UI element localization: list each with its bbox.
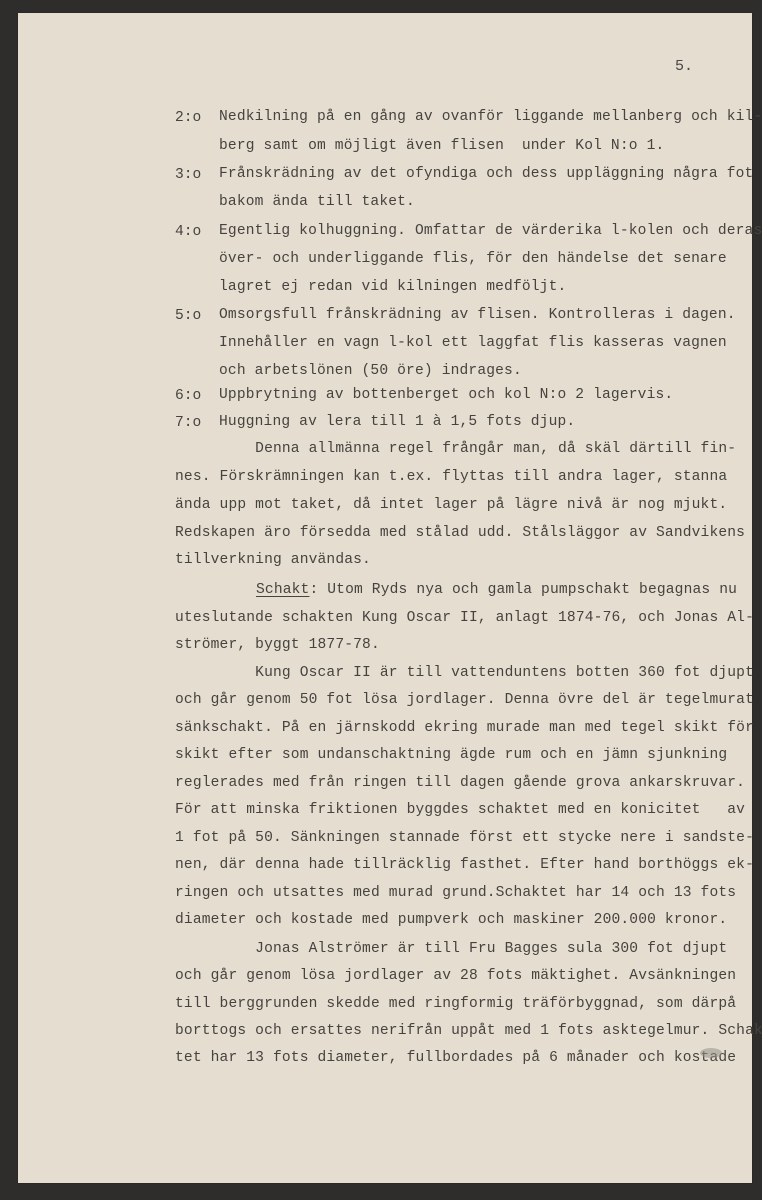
paragraph-line-rest: : Utom Ryds nya och gamla pumpschakt beg…: [309, 582, 737, 598]
list-item-line: över- och underliggande flis, för den hä…: [219, 252, 727, 267]
list-item-number: 2:o: [175, 110, 201, 126]
list-item-number: 5:o: [175, 308, 201, 324]
list-item-number: 6:o: [175, 388, 201, 404]
list-item-line: Omsorgsfull frånskrädning av flisen. Kon…: [219, 308, 736, 323]
paragraph-line: borttogs och ersattes nerifrån uppåt med…: [175, 1024, 762, 1039]
list-item-line: berg samt om möjligt även flisen under K…: [219, 139, 664, 154]
paragraph-line: till berggrunden skedde med ringformig t…: [175, 997, 736, 1012]
list-item-number: 3:o: [175, 167, 201, 183]
paragraph-line: nen, där denna hade tillräcklig fasthet.…: [175, 858, 754, 873]
list-item-line: Uppbrytning av bottenberget och kol N:o …: [219, 388, 673, 403]
paragraph-line: och går genom lösa jordlager av 28 fots …: [175, 969, 736, 984]
paragraph-line: Jonas Alströmer är till Fru Bagges sula …: [175, 942, 727, 957]
paragraph-line: ända upp mot taket, då intet lager på lä…: [175, 498, 727, 513]
list-item-line: och arbetslönen (50 öre) indrages.: [219, 364, 522, 379]
ink-smudge: [700, 1048, 722, 1058]
paragraph-line: ringen och utsattes med murad grund.Scha…: [175, 886, 736, 901]
list-item-number: 4:o: [175, 224, 201, 240]
paragraph-line: tillverkning användas.: [175, 553, 371, 568]
list-item-line: Huggning av lera till 1 à 1,5 fots djup.: [219, 415, 575, 430]
list-item-line: bakom ända till taket.: [219, 195, 415, 210]
paragraph-line: uteslutande schakten Kung Oscar II, anla…: [175, 611, 754, 626]
paragraph-line: skikt efter som undanschaktning ägde rum…: [175, 748, 727, 763]
paragraph-line: För att minska friktionen byggdes schakt…: [175, 803, 745, 818]
list-item-line: lagret ej redan vid kilningen medföljt.: [219, 280, 566, 295]
paragraph-line: tet har 13 fots diameter, fullbordades p…: [175, 1051, 736, 1066]
paragraph-line: nes. Förskrämningen kan t.ex. flyttas ti…: [175, 470, 727, 485]
list-item-line: Egentlig kolhuggning. Omfattar de värder…: [219, 224, 762, 239]
list-item-line: Frånskrädning av det ofyndiga och dess u…: [219, 167, 753, 182]
list-item-line: Innehåller en vagn l-kol ett laggfat fli…: [219, 336, 727, 351]
paragraph-line: Denna allmänna regel frångår man, då skä…: [175, 442, 736, 457]
paragraph-line: reglerades med från ringen till dagen gå…: [175, 776, 745, 791]
paragraph-line: Redskapen äro försedda med stålad udd. S…: [175, 526, 745, 541]
paragraph-line: strömer, byggt 1877-78.: [175, 638, 380, 653]
list-item-line: Nedkilning på en gång av ovanför liggand…: [219, 110, 762, 125]
paragraph-line: sänkschakt. På en järnskodd ekring murad…: [175, 721, 754, 736]
paragraph-line: Kung Oscar II är till vattenduntens bott…: [175, 666, 754, 681]
list-item-number: 7:o: [175, 415, 201, 431]
paragraph-first-line: Schakt: Utom Ryds nya och gamla pumpscha…: [256, 583, 737, 598]
paragraph-line: diameter och kostade med pumpverk och ma…: [175, 913, 727, 928]
paragraph-line: och går genom 50 fot lösa jordlager. Den…: [175, 693, 754, 708]
section-heading-schakt: Schakt: [256, 582, 309, 598]
page-number: 5.: [675, 58, 693, 75]
paragraph-line: 1 fot på 50. Sänkningen stannade först e…: [175, 831, 754, 846]
